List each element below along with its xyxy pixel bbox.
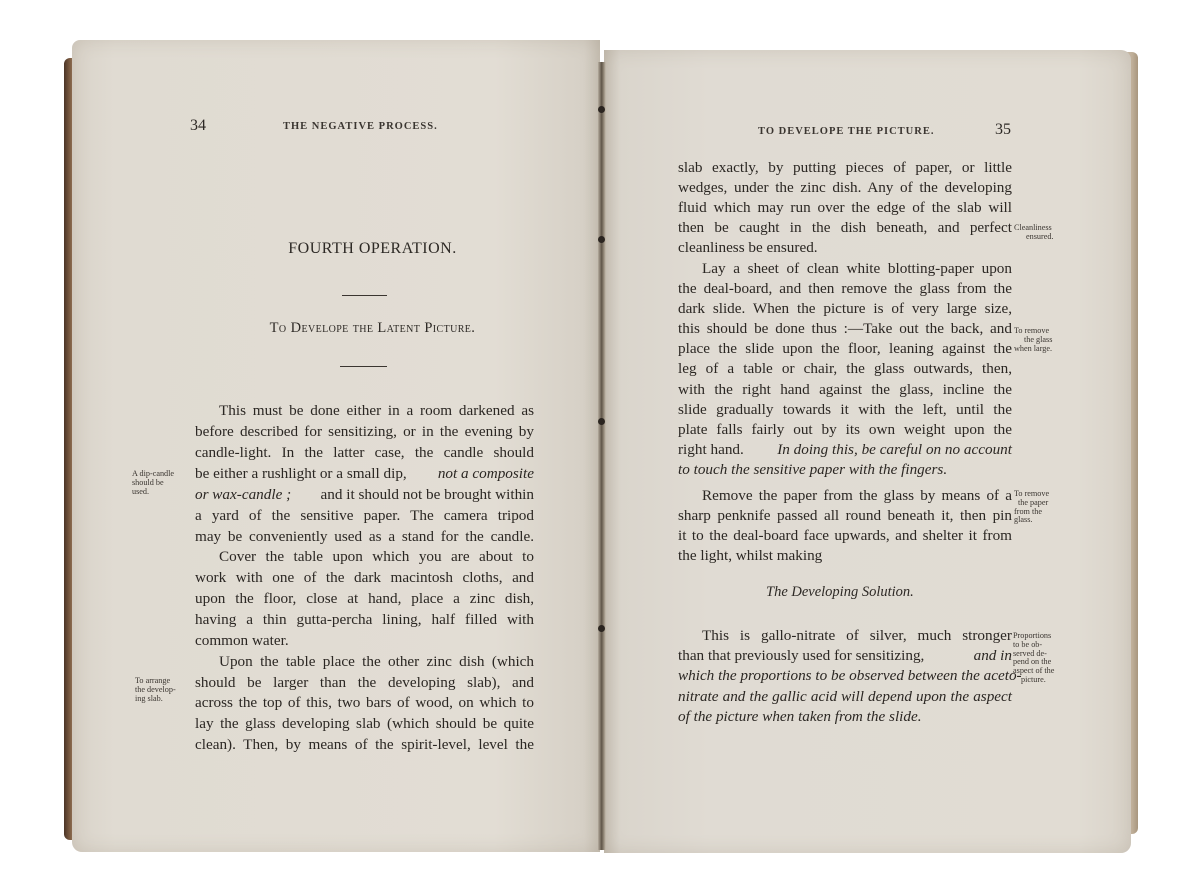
open-book: 34 THE NEGATIVE PROCESS. FOURTH OPERATIO… bbox=[0, 0, 1200, 894]
text-line: fluid which may run over the edge of the… bbox=[678, 197, 1012, 218]
text-line: than that previously used for sensitizin… bbox=[678, 645, 1012, 666]
text-line: or wax-candle ; and it should not be bro… bbox=[195, 484, 534, 505]
text-line: clean). Then, by means of the spirit-lev… bbox=[195, 734, 534, 755]
text-span: and it should not be brought within bbox=[321, 484, 534, 505]
text-line: leg of a table or chair, the glass outwa… bbox=[678, 358, 1012, 379]
italic-span: not a composite bbox=[438, 463, 534, 484]
text-line: sharp penknife passed all round beneath … bbox=[678, 505, 1012, 526]
margin-note-line: glass. bbox=[1014, 516, 1049, 525]
heading-rule bbox=[342, 295, 387, 296]
text-line: Lay a sheet of clean white blotting-pape… bbox=[678, 258, 1012, 279]
text-line: Remove the paper from the glass by means… bbox=[678, 485, 1012, 506]
running-head-left: THE NEGATIVE PROCESS. bbox=[283, 121, 438, 132]
margin-note-line: ing slab. bbox=[135, 695, 176, 704]
text-line: the light, whilst making bbox=[678, 545, 1012, 566]
text-line: the deal-board, and then remove the glas… bbox=[678, 278, 1012, 299]
text-line: candle-light. In the latter case, the ca… bbox=[195, 442, 534, 463]
text-line: wedges, under the zinc dish. Any of the … bbox=[678, 177, 1012, 198]
text-line: place the slide upon the floor, leaning … bbox=[678, 338, 1012, 359]
margin-note-line: ensured. bbox=[1014, 233, 1054, 242]
text-span: than that previously used for sensitizin… bbox=[678, 645, 924, 666]
text-line: plate falls fairly out by its own weight… bbox=[678, 419, 1012, 440]
section-subheading: To Develope the Latent Picture. bbox=[200, 320, 545, 337]
text-line: This must be done either in a room darke… bbox=[195, 400, 534, 421]
text-line: this should be done thus :—Take out the … bbox=[678, 318, 1012, 339]
text-line: to touch the sensitive paper with the fi… bbox=[678, 459, 1012, 480]
text-line: then be caught in the dish beneath, and … bbox=[678, 217, 1012, 238]
running-head-right: TO DEVELOPE THE PICTURE. bbox=[758, 126, 934, 137]
page-number-left: 34 bbox=[190, 117, 206, 135]
text-line: nitrate and the gallic acid will depend … bbox=[678, 686, 1012, 707]
text-line: a yard of the sensitive paper. The camer… bbox=[195, 505, 534, 526]
margin-note: A dip-candle should be used. bbox=[132, 470, 174, 496]
text-line: slab exactly, by putting pieces of paper… bbox=[678, 157, 1012, 178]
text-line: right hand. In doing this, be careful on… bbox=[678, 439, 1012, 460]
section-heading: The Developing Solution. bbox=[766, 584, 914, 601]
italic-span: or wax-candle ; bbox=[195, 484, 291, 505]
text-line: cleanliness be ensured. bbox=[678, 237, 1012, 258]
text-line: Upon the table place the other zinc dish… bbox=[195, 651, 534, 672]
subheading-rule bbox=[340, 366, 387, 367]
text-line: slide gradually towards it with the left… bbox=[678, 399, 1012, 420]
text-span: right hand. bbox=[678, 439, 744, 460]
text-line: This is gallo-nitrate of silver, much st… bbox=[678, 625, 1012, 646]
margin-note: To remove the paper from the glass. bbox=[1014, 490, 1049, 525]
text-line: may be conveniently used as a stand for … bbox=[195, 526, 534, 547]
text-line: should be larger than the developing sla… bbox=[195, 672, 534, 693]
text-line: which the proportions to be observed bet… bbox=[678, 665, 1012, 686]
binding-stitch bbox=[598, 625, 605, 632]
chapter-heading: FOURTH OPERATION. bbox=[200, 240, 545, 258]
margin-note: To remove the glass when large. bbox=[1014, 327, 1052, 353]
text-line: dark slide. When the picture is of very … bbox=[678, 298, 1012, 319]
margin-note: To arrange the develop- ing slab. bbox=[135, 677, 176, 703]
text-span: be either a rushlight or a small dip, bbox=[195, 463, 407, 484]
margin-note-line: when large. bbox=[1014, 345, 1052, 354]
text-line: Cover the table upon which you are about… bbox=[195, 546, 534, 567]
margin-note: Proportions to be ob- served de- pend on… bbox=[1013, 632, 1054, 685]
binding-stitch bbox=[598, 106, 605, 113]
text-line: across the top of this, two bars of wood… bbox=[195, 692, 534, 713]
text-line: common water. bbox=[195, 630, 534, 651]
margin-note-line: used. bbox=[132, 488, 174, 497]
italic-span: In doing this, be careful on no account bbox=[777, 439, 1012, 460]
margin-note: Cleanliness ensured. bbox=[1014, 224, 1054, 242]
text-line: before described for sensitizing, or in … bbox=[195, 421, 534, 442]
text-line: of the picture when taken from the slide… bbox=[678, 706, 1012, 727]
binding-stitch bbox=[598, 236, 605, 243]
text-line: upon the floor, close at hand, place a z… bbox=[195, 588, 534, 609]
page-number-right: 35 bbox=[995, 121, 1011, 139]
book-gutter bbox=[598, 62, 606, 850]
margin-note-line: picture. bbox=[1013, 676, 1054, 685]
text-line: it to the deal-board face upwards, and s… bbox=[678, 525, 1012, 546]
italic-span: and in bbox=[974, 645, 1012, 666]
text-line: be either a rushlight or a small dip, no… bbox=[195, 463, 534, 484]
text-line: with the right hand against the glass, i… bbox=[678, 379, 1012, 400]
text-line: lay the glass developing slab (which sho… bbox=[195, 713, 534, 734]
text-line: having a thin gutta-percha lining, half … bbox=[195, 609, 534, 630]
binding-stitch bbox=[598, 418, 605, 425]
text-line: work with one of the dark macintosh clot… bbox=[195, 567, 534, 588]
